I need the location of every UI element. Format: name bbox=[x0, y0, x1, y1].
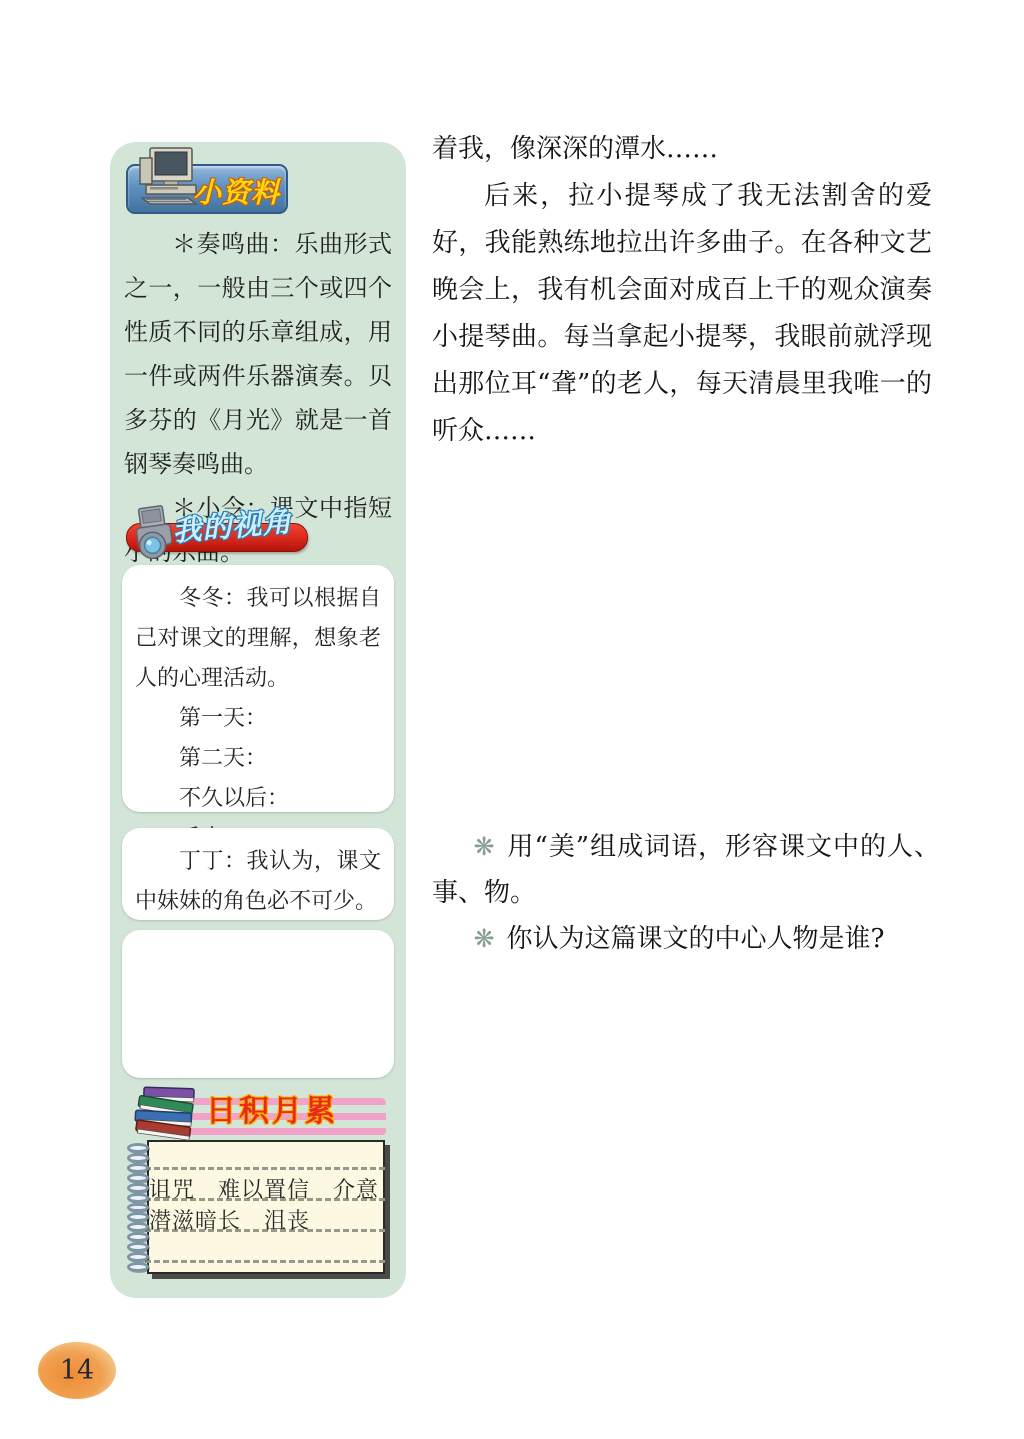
notebook-row-words-2: 潜滋暗长 沮丧 bbox=[143, 1206, 387, 1237]
vocabulary-words-line2: 潜滋暗长 沮丧 bbox=[149, 1209, 310, 1234]
note-box-dongdong: 冬冬：我可以根据自己对课文的理解，想象老人的心理活动。 第一天： 第二天： 不久… bbox=[122, 565, 394, 812]
exercise-questions: ❋用“美”组成词语，形容课文中的人、事、物。 ❋你认为这篇课文的中心人物是谁? bbox=[432, 824, 940, 962]
dongdong-line-day2: 第二天： bbox=[122, 739, 394, 779]
vocabulary-words-line1: 诅咒 难以置信 介意 bbox=[149, 1178, 379, 1203]
camera-icon bbox=[128, 504, 180, 562]
lesson-paragraph-2: 后来，拉小提琴成了我无法割舍的爱好，我能熟练地拉出许多曲子。在各种文艺晚会上，我… bbox=[432, 173, 932, 455]
accumulate-section-title: 日积月累 bbox=[206, 1086, 338, 1130]
question-item: ❋你认为这篇课文的中心人物是谁? bbox=[432, 916, 940, 962]
notebook-row-blank-2 bbox=[143, 1237, 387, 1268]
vocabulary-notebook: 诅咒 难以置信 介意 潜滋暗长 沮丧 bbox=[125, 1140, 395, 1282]
dongdong-line-soon: 不久以后： bbox=[122, 779, 394, 819]
info-section-header: 小资料 bbox=[118, 146, 398, 218]
question-item: ❋用“美”组成词语，形容课文中的人、事、物。 bbox=[432, 824, 940, 916]
info-section-title: 小资料 bbox=[193, 171, 280, 211]
accumulate-section-header: 日积月累 bbox=[122, 1082, 398, 1142]
page-number: 14 bbox=[60, 1355, 94, 1386]
computer-icon bbox=[130, 146, 206, 210]
sidebar-panel: 小资料 ＊奏鸣曲：乐曲形式之一，一般由三个或四个性质不同的乐章组成，用一件或两件… bbox=[110, 142, 406, 1298]
perspective-section-header: 我的视角 bbox=[120, 502, 400, 568]
notebook-lines: 诅咒 难以置信 介意 潜滋暗长 沮丧 bbox=[143, 1144, 387, 1280]
question-text-2: 你认为这篇课文的中心人物是谁? bbox=[507, 924, 885, 954]
page-number-badge: 14 bbox=[38, 1342, 116, 1399]
notebook-row-blank-1 bbox=[143, 1144, 387, 1175]
flower-bullet-icon: ❋ bbox=[474, 924, 495, 953]
books-icon bbox=[128, 1082, 208, 1142]
lesson-text: 着我，像深深的潭水…… 后来，拉小提琴成了我无法割舍的爱好，我能熟练地拉出许多曲… bbox=[432, 126, 932, 455]
flower-bullet-icon: ❋ bbox=[474, 832, 495, 861]
lesson-paragraph-continued: 着我，像深深的潭水…… bbox=[432, 126, 932, 173]
dongdong-text: 冬冬：我可以根据自己对课文的理解，想象老人的心理活动。 bbox=[122, 565, 394, 699]
info-note-sonata: ＊奏鸣曲：乐曲形式之一，一般由三个或四个性质不同的乐章组成，用一件或两件乐器演奏… bbox=[124, 222, 392, 486]
dongdong-line-day1: 第一天： bbox=[122, 699, 394, 739]
question-text-1: 用“美”组成词语，形容课文中的人、事、物。 bbox=[432, 832, 940, 908]
notebook-spiral-rings bbox=[125, 1143, 155, 1272]
notebook-row-words-1: 诅咒 难以置信 介意 bbox=[143, 1175, 387, 1206]
note-box-dingding: 丁丁：我认为，课文中妹妹的角色必不可少。 bbox=[122, 828, 394, 920]
note-box-empty bbox=[122, 930, 394, 1078]
dingding-text: 丁丁：我认为，课文中妹妹的角色必不可少。 bbox=[122, 828, 394, 922]
